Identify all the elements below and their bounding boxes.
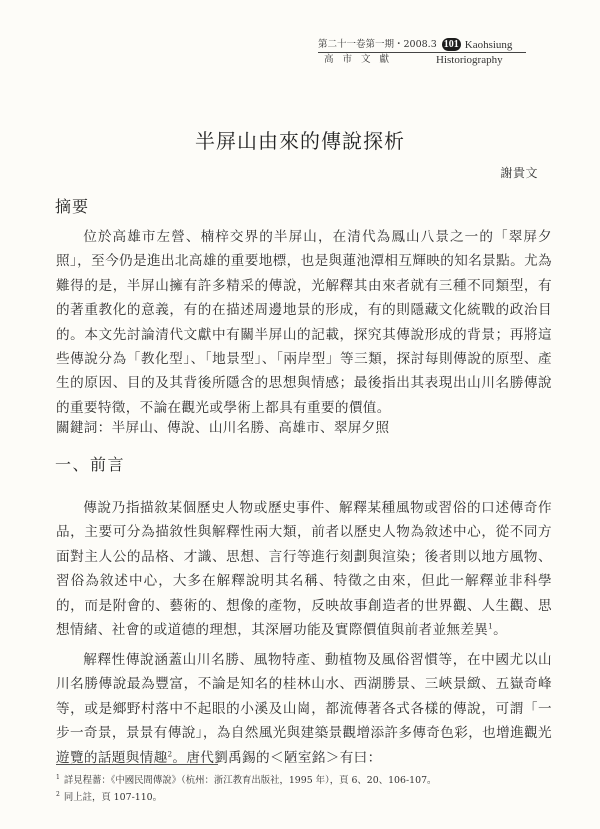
footnote-text: 詳見程薔：《中國民間傳說》（杭州：浙江教育出版社，1995 年），頁 6、20、… [64, 775, 437, 786]
body-paragraph-2: 解釋性傳說涵蓋山川名勝、風物特產、動植物及風俗習慣等，在中國尤以山川名勝傳說最為… [56, 648, 552, 770]
paragraph-text: 解釋性傳說涵蓋山川名勝、風物特產、動植物及風俗習慣等，在中國尤以山川名勝傳說最為… [56, 652, 552, 766]
article-author: 謝貴文 [500, 164, 538, 181]
section-heading-introduction: 一、前言 [55, 452, 125, 475]
footnote-2: 2同上註，頁 107-110。 [56, 788, 556, 805]
running-header-line1: 第二十一卷第一期・2008.3 101 Kaohsiung [318, 38, 526, 53]
footnote-mark: 1 [56, 774, 60, 781]
running-header-line2: 高市文獻 Historiography [318, 54, 526, 66]
footnote-mark: 2 [56, 791, 60, 798]
footnotes: 1詳見程薔：《中國民間傳說》（杭州：浙江教育出版社，1995 年），頁 6、20… [56, 771, 556, 805]
journal-page: 第二十一卷第一期・2008.3 101 Kaohsiung 高市文獻 Histo… [0, 0, 600, 829]
running-header: 第二十一卷第一期・2008.3 101 Kaohsiung 高市文獻 Histo… [318, 38, 526, 66]
paragraph-end: 。 [493, 622, 507, 638]
article-title: 半屏山由來的傳說探析 [0, 125, 600, 154]
issue-info: 第二十一卷第一期・2008.3 [318, 39, 437, 51]
abstract-heading: 摘要 [55, 194, 89, 217]
body-paragraph-1: 傳說乃指描敘某個歷史人物或歷史事件、解釋某種風物或習俗的口述傳奇作品，主要可分為… [56, 496, 552, 642]
page-number-badge: 101 [442, 38, 461, 51]
journal-name-zh: 高市文獻 [318, 54, 422, 66]
footnote-text: 同上註，頁 107-110。 [64, 792, 162, 803]
keywords: 關鍵詞：半屏山、傳說、山川名勝、高雄市、翠屏夕照 [56, 418, 552, 438]
journal-name-en-line1: Kaohsiung [465, 39, 513, 51]
footnote-1: 1詳見程薔：《中國民間傳說》（杭州：浙江教育出版社，1995 年），頁 6、20… [56, 771, 556, 788]
paragraph-text: 傳說乃指描敘某個歷史人物或歷史事件、解釋某種風物或習俗的口述傳奇作品，主要可分為… [56, 500, 552, 638]
abstract-text: 位於高雄市左營、楠梓交界的半屏山，在清代為鳳山八景之一的「翠屏夕照」，至今仍是進… [56, 225, 552, 420]
footnote-divider [56, 764, 218, 765]
journal-name-en-line2: Historiography [422, 54, 503, 66]
